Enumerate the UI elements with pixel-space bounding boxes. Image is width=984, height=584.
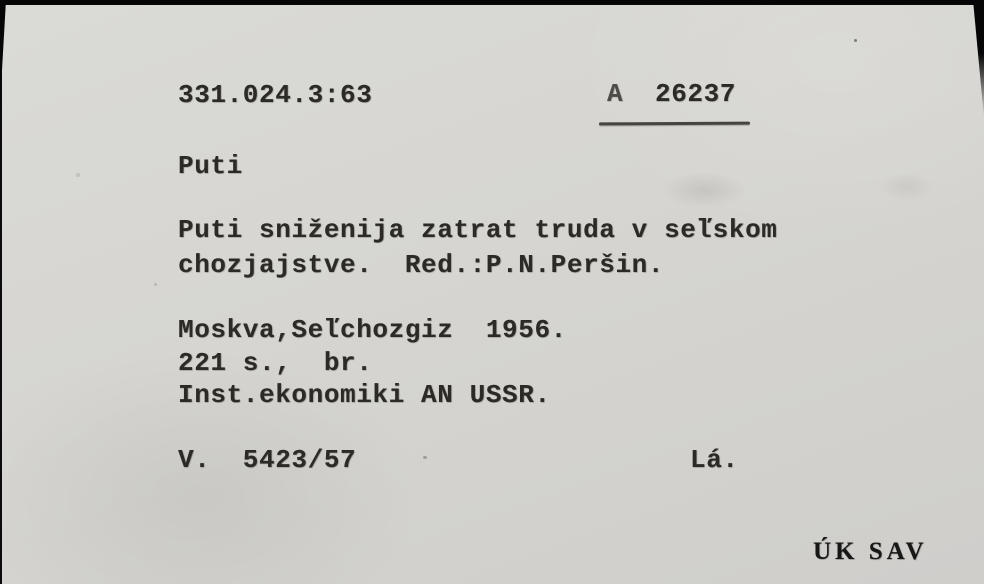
scanned-photo: 331.024.3:63 A 26237 Puti Puti sniženija… [0, 0, 984, 584]
paper-speckle [854, 39, 857, 42]
catalog-card: 331.024.3:63 A 26237 Puti Puti sniženija… [2, 5, 984, 584]
title-line-1: Puti sniženija zatrat truda v seľskom [178, 217, 778, 243]
shelfmark: V. 5423/57 [178, 447, 356, 473]
paper-speckle [154, 283, 157, 286]
accession-underline [599, 122, 750, 126]
photo-edge-top [0, 0, 984, 5]
library-stamp: ÚK SAV [813, 538, 928, 566]
title-line-2: chozjajstve. Red.:P.N.Peršin. [178, 252, 664, 278]
accession-number: 26237 [655, 81, 736, 107]
collation-line: 221 s., br. [178, 350, 372, 376]
paper-speckle [423, 456, 427, 459]
cataloguer-initials: Lá. [690, 447, 739, 473]
institution-line: Inst.ekonomiki AN USSR. [178, 382, 551, 408]
classification-number: 331.024.3:63 [178, 82, 372, 108]
heading-entry: Puti [178, 153, 243, 179]
imprint-line: Moskva,Seľchozgiz 1956. [178, 317, 567, 343]
accession-prefix: A [607, 81, 623, 107]
paper-speckle [76, 173, 80, 177]
